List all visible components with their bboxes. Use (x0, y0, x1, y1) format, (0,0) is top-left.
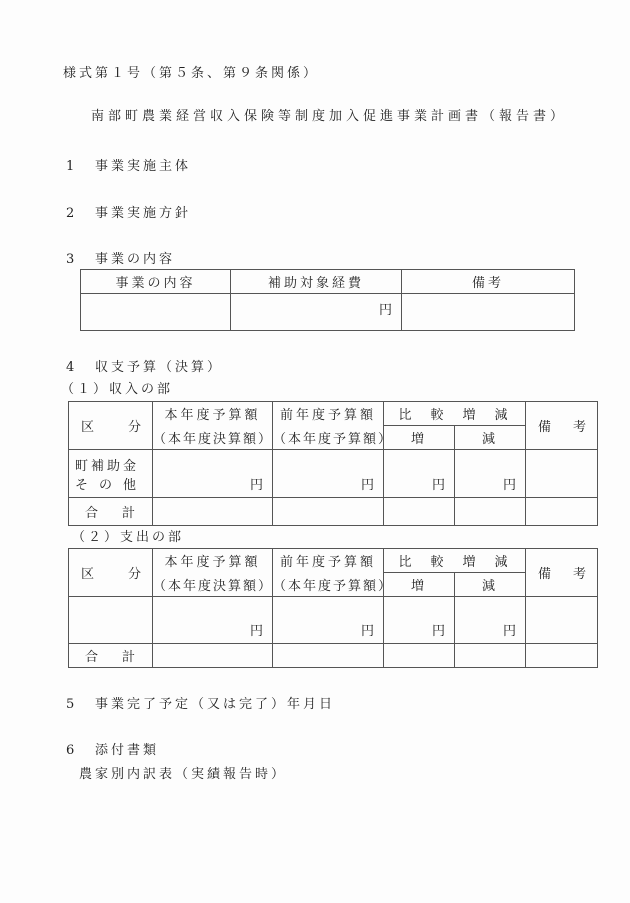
document-title: 南部町農業経営収入保険等制度加入促進事業計画書（報告書） (91, 109, 567, 125)
income-table: 区分 本年度予算額 前年度予算額 比 較 増 減 備考 （本年度決算額） （本年… (68, 401, 598, 526)
expense-table: 区分 本年度予算額 前年度予算額 比 較 増 減 備考 （本年度決算額） （本年… (68, 548, 598, 668)
section-4-label: 収支予算（決算） (95, 360, 223, 376)
decrease-amount-cell[interactable]: 円 (455, 450, 526, 498)
total-current-cell[interactable] (153, 644, 273, 668)
section-1-label: 事業実施主体 (95, 159, 191, 175)
total-label: 合計 (69, 644, 153, 668)
header-category: 区分 (69, 549, 153, 597)
header-remarks: 備考 (526, 549, 598, 597)
total-increase-cell[interactable] (384, 498, 455, 526)
header-decrease: 減 (455, 573, 526, 597)
header-comparison: 比 較 増 減 (384, 402, 526, 426)
expense-section-label: （２）支出の部 (72, 530, 184, 546)
table-row: 町補助金 その他 円 円 円 円 (69, 450, 598, 498)
form-label: 様式第１号（第５条、第９条関係） (63, 66, 319, 82)
total-increase-cell[interactable] (384, 644, 455, 668)
total-decrease-cell[interactable] (455, 644, 526, 668)
header-subsidy-expense: 補助対象経費 (231, 270, 402, 294)
previous-amount-cell[interactable]: 円 (273, 597, 384, 644)
header-category: 区分 (69, 402, 153, 450)
header-previous-budget-sub: （本年度予算額） (273, 573, 384, 597)
category-cell: 町補助金 その他 (69, 450, 153, 498)
subsidy-expense-cell[interactable]: 円 (231, 294, 402, 331)
category-cell[interactable] (69, 597, 153, 644)
previous-amount-cell[interactable]: 円 (273, 450, 384, 498)
total-current-cell[interactable] (153, 498, 273, 526)
decrease-amount-cell[interactable]: 円 (455, 597, 526, 644)
header-previous-budget-sub: （本年度予算額） (273, 426, 384, 450)
total-decrease-cell[interactable] (455, 498, 526, 526)
header-current-settlement: （本年度決算額） (153, 573, 273, 597)
header-remarks: 備考 (526, 402, 598, 450)
section-5-number: 5 (66, 697, 77, 713)
total-remarks-cell[interactable] (526, 644, 598, 668)
header-increase: 増 (384, 426, 455, 450)
business-content-table: 事業の内容 補助対象経費 備考 円 (80, 269, 575, 331)
section-1-number: 1 (66, 159, 77, 175)
total-previous-cell[interactable] (273, 644, 384, 668)
table-row: 円 円 円 円 (69, 597, 598, 644)
section-5-label: 事業完了予定（又は完了）年月日 (95, 697, 335, 713)
attachment-item: 農家別内訳表（実績報告時） (79, 767, 287, 783)
header-current-settlement: （本年度決算額） (153, 426, 273, 450)
header-remarks: 備考 (402, 270, 575, 294)
header-previous-budget: 前年度予算額 (273, 402, 384, 426)
header-comparison: 比 較 増 減 (384, 549, 526, 573)
total-row: 合計 (69, 498, 598, 526)
section-3-label: 事業の内容 (95, 252, 175, 268)
income-section-label: （１）収入の部 (61, 382, 173, 398)
remarks-cell[interactable] (526, 450, 598, 498)
business-content-cell[interactable] (81, 294, 231, 331)
increase-amount-cell[interactable]: 円 (384, 597, 455, 644)
section-6-label: 添付書類 (95, 743, 159, 759)
current-amount-cell[interactable]: 円 (153, 597, 273, 644)
section-2-number: 2 (66, 206, 77, 222)
remarks-cell[interactable] (402, 294, 575, 331)
header-increase: 増 (384, 573, 455, 597)
header-decrease: 減 (455, 426, 526, 450)
section-2-label: 事業実施方針 (95, 206, 191, 222)
section-3-number: 3 (66, 252, 77, 268)
section-6-number: 6 (66, 743, 77, 759)
increase-amount-cell[interactable]: 円 (384, 450, 455, 498)
header-current-budget: 本年度予算額 (153, 549, 273, 573)
header-business-content: 事業の内容 (81, 270, 231, 294)
header-current-budget: 本年度予算額 (153, 402, 273, 426)
category-other: その他 (75, 474, 152, 493)
category-town-subsidy: 町補助金 (75, 455, 152, 474)
total-row: 合計 (69, 644, 598, 668)
total-previous-cell[interactable] (273, 498, 384, 526)
total-remarks-cell[interactable] (526, 498, 598, 526)
remarks-cell[interactable] (526, 597, 598, 644)
table-row: 円 (81, 294, 575, 331)
header-previous-budget: 前年度予算額 (273, 549, 384, 573)
current-amount-cell[interactable]: 円 (153, 450, 273, 498)
total-label: 合計 (69, 498, 153, 526)
section-4-number: 4 (66, 360, 77, 376)
